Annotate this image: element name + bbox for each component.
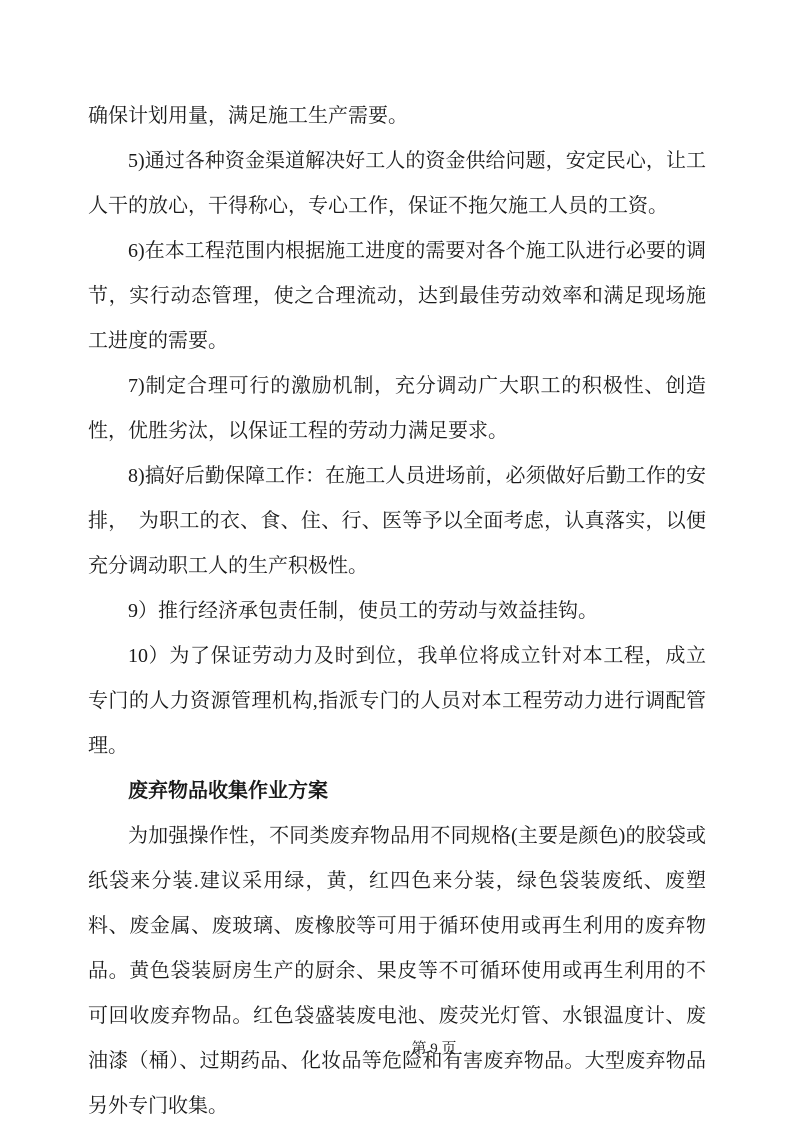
document-page: 确保计划用量，满足施工生产需要。 5)通过各种资金渠道解决好工人的资金供给问题，… [88,94,706,1122]
paragraph: 7)制定合理可行的激励机制，充分调动广大职工的积极性、创造性，优胜劣汰，以保证工… [88,364,706,454]
paragraph: 10）为了保证劳动力及时到位，我单位将成立针对本工程，成立专门的人力资源管理机构… [88,634,706,769]
paragraph: 9）推行经济承包责任制，使员工的劳动与效益挂钩。 [88,589,706,634]
paragraph: 5)通过各种资金渠道解决好工人的资金供给问题，安定民心，让工人干的放心，干得称心… [88,139,706,229]
paragraph: 8)搞好后勤保障工作：在施工人员进场前，必须做好后勤工作的安排， 为职工的衣、食… [88,454,706,589]
paragraph: 为加强操作性，不同类废弃物品用不同规格(主要是颜色)的胶袋或纸袋来分装.建议采用… [88,814,706,1122]
paragraph: 6)在本工程范围内根据施工进度的需要对各个施工队进行必要的调节，实行动态管理，使… [88,229,706,364]
paragraph: 确保计划用量，满足施工生产需要。 [88,94,706,139]
section-heading: 废弃物品收集作业方案 [88,769,706,814]
page-number: 第 9 页 [75,1038,793,1060]
